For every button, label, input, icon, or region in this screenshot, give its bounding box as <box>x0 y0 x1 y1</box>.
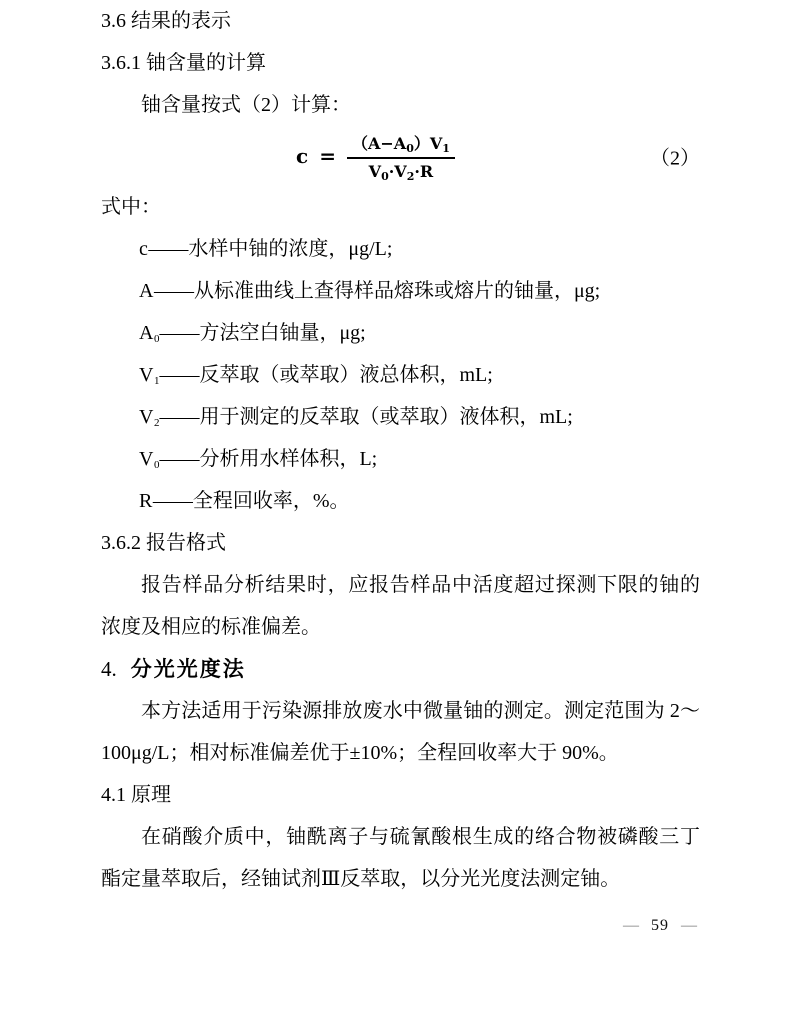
paragraph-report-line-1: 报告样品分析结果时，应报告样品中活度超过探测下限的铀的 <box>101 564 700 606</box>
paragraph-scope-line-2: 100μg/L；相对标准偏差优于±10%；全程回收率大于 90%。 <box>101 732 700 774</box>
equation-denominator: V0·V2·R <box>347 159 455 181</box>
heading-4: 4.分光光度法 <box>101 648 700 690</box>
definition-r: R——全程回收率，%。 <box>101 480 700 522</box>
definition-v0: V0——分析用水样体积，L; <box>101 438 700 480</box>
equation-numerator: （A−A0）V1 <box>347 131 455 159</box>
page-number-dash-right: — <box>681 916 697 936</box>
equation-number: （2） <box>650 142 700 171</box>
paragraph-report-line-2: 浓度及相应的标准偏差。 <box>101 606 700 648</box>
formula-intro: 铀含量按式（2）计算： <box>101 84 700 126</box>
equation-lhs: c = <box>296 144 338 168</box>
definition-a: A——从标准曲线上查得样品熔珠或熔片的铀量，μg; <box>101 270 700 312</box>
paragraph-principle-line-1: 在硝酸介质中，铀酰离子与硫氰酸根生成的络合物被磷酸三丁 <box>101 816 700 858</box>
document-page: 3.6 结果的表示 3.6.1 铀含量的计算 铀含量按式（2）计算： c = （… <box>0 0 800 1013</box>
page-number: — 59 — <box>623 916 697 936</box>
paragraph-principle-line-2: 酯定量萃取后，经铀试剂Ⅲ反萃取，以分光光度法测定铀。 <box>101 858 700 900</box>
definition-a0: A0——方法空白铀量，μg; <box>101 312 700 354</box>
heading-4-title: 分光光度法 <box>131 658 246 681</box>
heading-3-6-1: 3.6.1 铀含量的计算 <box>101 42 700 84</box>
heading-4-1: 4.1 原理 <box>101 774 700 816</box>
definition-v2: V2——用于测定的反萃取（或萃取）液体积，mL; <box>101 396 700 438</box>
definition-c: c——水样中铀的浓度，μg/L; <box>101 228 700 270</box>
heading-4-number: 4. <box>101 657 117 681</box>
document-content: 3.6 结果的表示 3.6.1 铀含量的计算 铀含量按式（2）计算： c = （… <box>101 0 700 900</box>
heading-3-6: 3.6 结果的表示 <box>101 0 700 42</box>
where-label: 式中： <box>101 186 700 228</box>
heading-3-6-2: 3.6.2 报告格式 <box>101 522 700 564</box>
page-number-value: 59 <box>651 916 669 936</box>
equation-fraction: （A−A0）V1 V0·V2·R <box>347 131 455 181</box>
equation-2: c = （A−A0）V1 V0·V2·R <box>296 131 455 181</box>
paragraph-scope-line-1: 本方法适用于污染源排放废水中微量铀的测定。测定范围为 2～ <box>101 690 700 732</box>
equation-row: c = （A−A0）V1 V0·V2·R （2） <box>101 126 700 186</box>
definition-v1: V1——反萃取（或萃取）液总体积，mL; <box>101 354 700 396</box>
page-number-dash-left: — <box>623 916 639 936</box>
